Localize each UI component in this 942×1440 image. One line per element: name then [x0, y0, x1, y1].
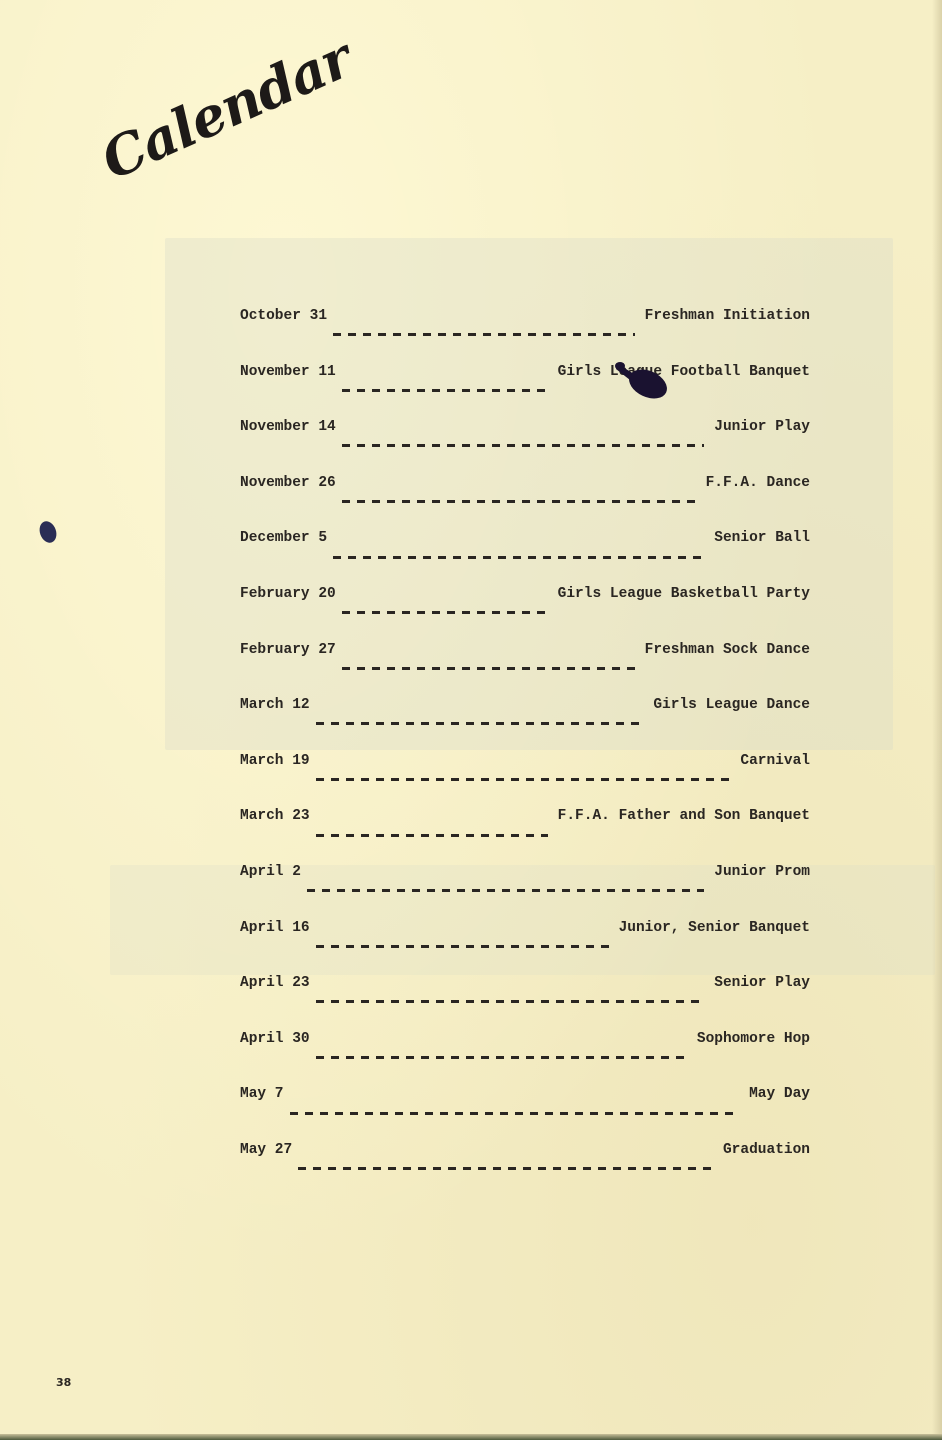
event-date: February 20	[240, 586, 342, 602]
event-date: March 23	[240, 808, 316, 824]
event-name: Freshman Initiation	[635, 308, 810, 324]
page-edge-shadow	[932, 0, 942, 1440]
event-name: Sophomore Hop	[687, 1031, 810, 1047]
dash-leader	[316, 834, 548, 837]
event-name: Girls League Football Banquet	[548, 364, 810, 380]
event-date: December 5	[240, 530, 333, 546]
event-date: April 23	[240, 975, 316, 991]
event-name: Carnival	[730, 753, 810, 769]
event-date: October 31	[240, 308, 333, 324]
event-date: April 2	[240, 864, 307, 880]
dash-leader	[342, 444, 705, 447]
event-name: Junior, Senior Banquet	[609, 920, 810, 936]
dash-leader	[316, 722, 644, 725]
event-name: Girls League Basketball Party	[548, 586, 810, 602]
dash-leader	[342, 667, 635, 670]
event-name: Graduation	[713, 1142, 810, 1158]
dash-leader	[333, 556, 704, 559]
event-date: May 7	[240, 1086, 290, 1102]
page-number: 38	[56, 1376, 71, 1389]
dash-leader	[342, 611, 548, 614]
dash-leader	[342, 389, 548, 392]
event-name: F.F.A. Dance	[696, 475, 810, 491]
ink-blot	[612, 360, 670, 400]
dash-leader	[316, 1056, 687, 1059]
ink-spot	[36, 518, 60, 546]
event-row: November 14 Junior Play	[240, 419, 810, 475]
event-row: March 19 Carnival	[240, 753, 810, 809]
event-row: April 2 Junior Prom	[240, 864, 810, 920]
dash-leader	[307, 889, 704, 892]
event-date: April 30	[240, 1031, 316, 1047]
dash-leader	[316, 1000, 705, 1003]
event-row: April 23 Senior Play	[240, 975, 810, 1031]
event-name: Junior Play	[704, 419, 810, 435]
event-date: February 27	[240, 642, 342, 658]
event-name: Freshman Sock Dance	[635, 642, 810, 658]
event-name: Senior Ball	[704, 530, 810, 546]
event-name: Senior Play	[704, 975, 810, 991]
event-row: November 26 F.F.A. Dance	[240, 475, 810, 531]
event-list: October 31 Freshman Initiation November …	[240, 308, 810, 1198]
event-row: May 27 Graduation	[240, 1142, 810, 1198]
event-row: February 27 Freshman Sock Dance	[240, 642, 810, 698]
event-row: February 20 Girls League Basketball Part…	[240, 586, 810, 642]
event-row: November 11 Girls League Football Banque…	[240, 364, 810, 420]
dash-leader	[298, 1167, 713, 1170]
event-row: October 31 Freshman Initiation	[240, 308, 810, 364]
event-name: F.F.A. Father and Son Banquet	[548, 808, 810, 824]
event-date: November 14	[240, 419, 342, 435]
dash-leader	[333, 333, 635, 336]
event-row: December 5 Senior Ball	[240, 530, 810, 586]
event-row: April 30 Sophomore Hop	[240, 1031, 810, 1087]
event-date: November 26	[240, 475, 342, 491]
page-bottom-edge	[0, 1434, 942, 1440]
dash-leader	[290, 1112, 740, 1115]
event-row: March 12 Girls League Dance	[240, 697, 810, 753]
event-name: Girls League Dance	[643, 697, 810, 713]
event-date: March 12	[240, 697, 316, 713]
event-row: March 23 F.F.A. Father and Son Banquet	[240, 808, 810, 864]
event-date: April 16	[240, 920, 316, 936]
event-name: Junior Prom	[704, 864, 810, 880]
event-row: April 16 Junior, Senior Banquet	[240, 920, 810, 976]
dash-leader	[316, 945, 609, 948]
dash-leader	[316, 778, 731, 781]
event-date: May 27	[240, 1142, 298, 1158]
page-title: Calendar	[92, 26, 360, 192]
event-name: May Day	[739, 1086, 810, 1102]
event-date: March 19	[240, 753, 316, 769]
dash-leader	[342, 500, 696, 503]
event-row: May 7 May Day	[240, 1086, 810, 1142]
event-date: November 11	[240, 364, 342, 380]
